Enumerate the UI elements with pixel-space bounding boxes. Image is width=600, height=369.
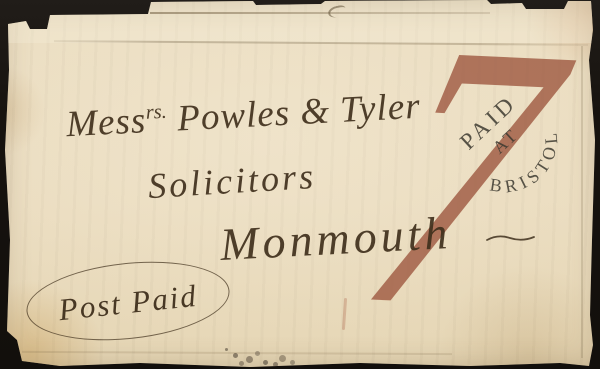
address-names: Powles & Tyler [176,86,421,140]
flourish-stroke [486,232,536,244]
address-line-occupation: Solicitors [147,155,317,207]
address-line-recipient: Messrs. Powles & Tyler [65,85,421,147]
address-prefix: Mess [65,100,147,145]
ink-smudge [225,348,228,351]
photo-background: 7 Messrs. Powles & Tyler Solicitors Monm… [0,0,600,369]
letter-cover: 7 Messrs. Powles & Tyler Solicitors Monm… [0,0,600,369]
address-superscript: rs. [145,101,167,124]
post-paid-text: Post Paid [57,278,199,328]
post-paid-oval: Post Paid [23,253,234,350]
